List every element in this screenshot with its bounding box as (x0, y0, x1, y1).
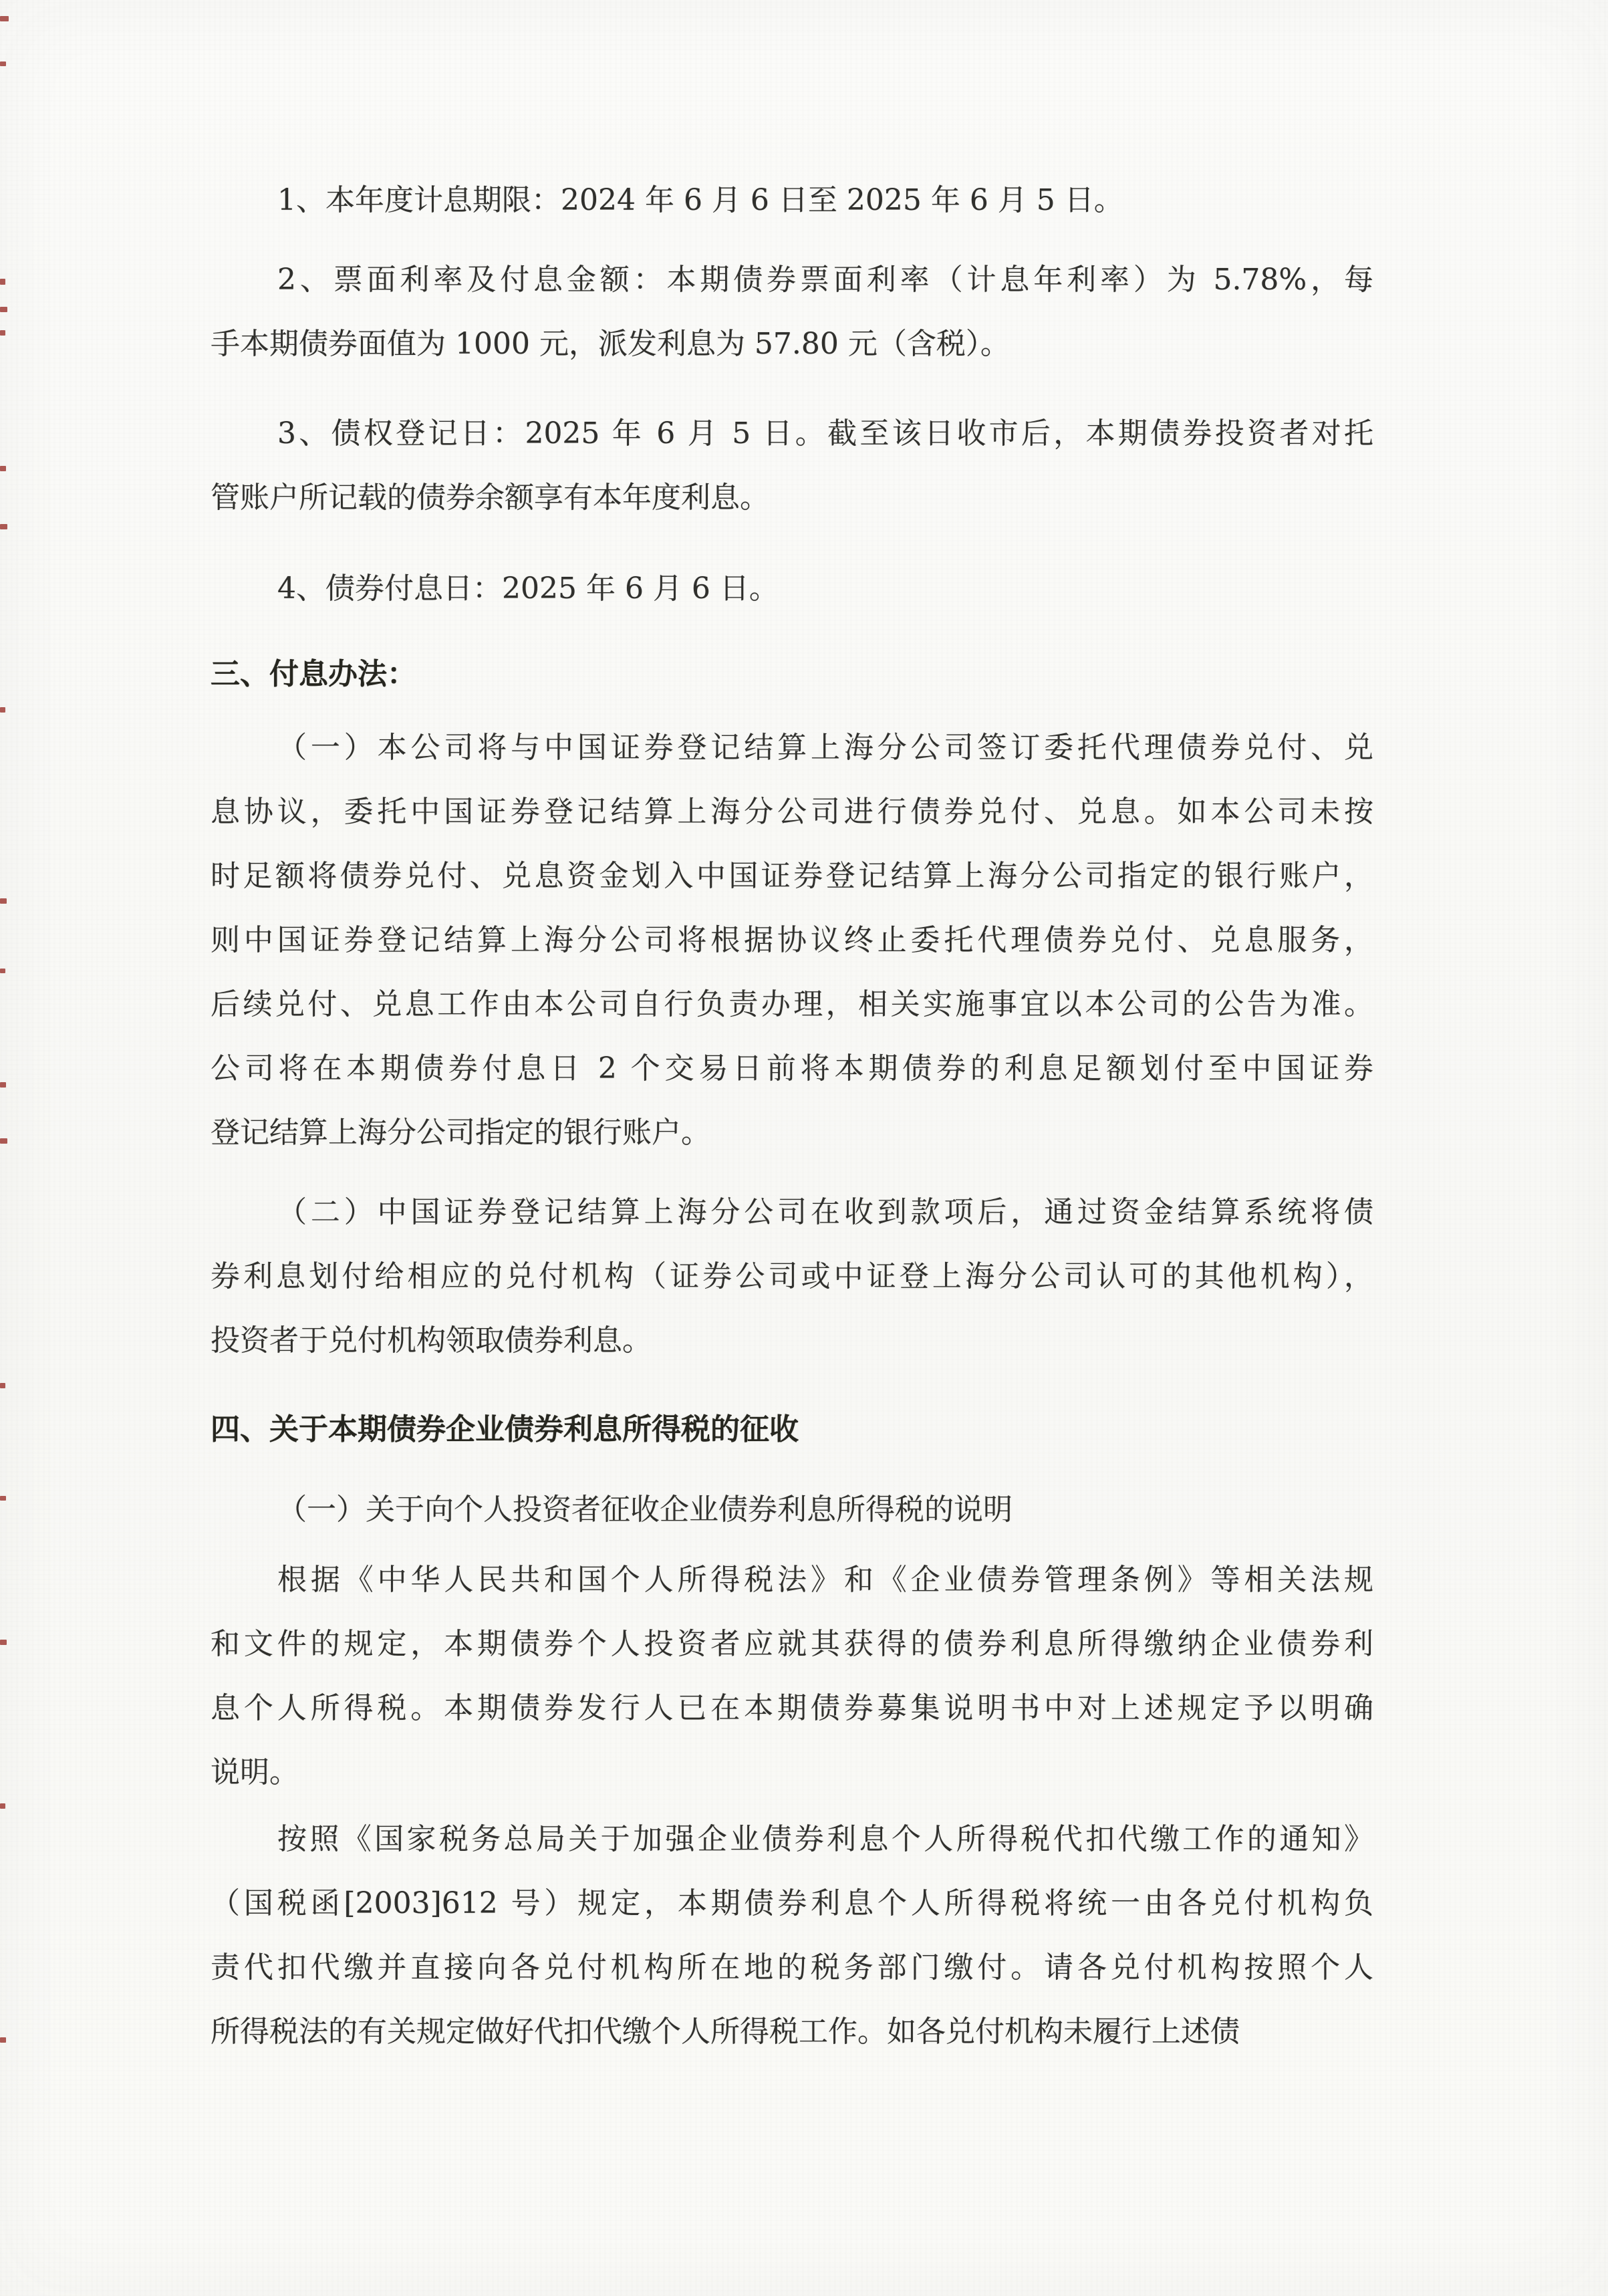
text-line: 管账户所记载的债券余额享有本年度利息。 (211, 466, 1373, 530)
paragraph: （一）本公司将与中国证券登记结算上海分公司签订委托代理债券兑付、兑息协议，委托中… (211, 716, 1373, 1165)
red-edge-mark (0, 16, 9, 21)
red-edge-mark (0, 307, 7, 312)
red-edge-mark (0, 969, 5, 973)
document-body: 1、本年度计息期限：2024 年 6 月 6 日至 2025 年 6 月 5 日… (211, 168, 1373, 2064)
red-edge-mark (0, 61, 6, 66)
text-line: 公司将在本期债券付息日 2 个交易日前将本期债券的利息足额划付至中国证券 (211, 1037, 1373, 1101)
text-line: 2、票面利率及付息金额：本期债券票面利率（计息年利率）为 5.78%，每 (211, 248, 1373, 312)
text-line: 3、债权登记日：2025 年 6 月 5 日。截至该日收市后，本期债券投资者对托 (211, 402, 1373, 466)
text-line: 登记结算上海分公司指定的银行账户。 (211, 1101, 1373, 1165)
text-line: 三、付息办法： (211, 642, 1373, 707)
paragraph: 2、票面利率及付息金额：本期债券票面利率（计息年利率）为 5.78%，每手本期债… (211, 248, 1373, 376)
section-heading: 四、关于本期债券企业债券利息所得税的征收 (211, 1398, 1373, 1462)
text-line: 手本期债券面值为 1000 元，派发利息为 57.80 元（含税）。 (211, 312, 1373, 376)
text-line: 责代扣代缴并直接向各兑付机构所在地的税务部门缴付。请各兑付机构按照个人 (211, 1936, 1373, 2000)
text-line: 和文件的规定，本期债券个人投资者应就其获得的债券利息所得缴纳企业债券利 (211, 1612, 1373, 1676)
text-line: 所得税法的有关规定做好代扣代缴个人所得税工作。如各兑付机构未履行上述债 (211, 2000, 1373, 2064)
paragraph: 根据《中华人民共和国个人所得税法》和《企业债券管理条例》等相关法规和文件的规定，… (211, 1548, 1373, 1805)
text-line: 息协议，委托中国证券登记结算上海分公司进行债券兑付、兑息。如本公司未按 (211, 780, 1373, 844)
red-edge-mark (0, 1496, 6, 1501)
paragraph: （二）中国证券登记结算上海分公司在收到款项后，通过资金结算系统将债券利息划付给相… (211, 1180, 1373, 1373)
red-edge-mark (0, 707, 5, 713)
scanned-document-page: 1、本年度计息期限：2024 年 6 月 6 日至 2025 年 6 月 5 日… (0, 0, 1608, 2296)
paragraph: 1、本年度计息期限：2024 年 6 月 6 日至 2025 年 6 月 5 日… (211, 168, 1373, 233)
text-line: 则中国证券登记结算上海分公司将根据协议终止委托代理债券兑付、兑息服务， (211, 908, 1373, 973)
text-line: 时足额将债券兑付、兑息资金划入中国证券登记结算上海分公司指定的银行账户， (211, 844, 1373, 908)
text-line: 后续兑付、兑息工作由本公司自行负责办理，相关实施事宜以本公司的公告为准。 (211, 973, 1373, 1037)
text-line: 说明。 (211, 1741, 1373, 1805)
red-edge-mark (0, 1803, 5, 1809)
section-heading: 三、付息办法： (211, 642, 1373, 707)
text-line: 1、本年度计息期限：2024 年 6 月 6 日至 2025 年 6 月 5 日… (211, 168, 1373, 233)
text-line: 按照《国家税务总局关于加强企业债券利息个人所得税代扣代缴工作的通知》 (211, 1807, 1373, 1872)
red-edge-mark (0, 330, 5, 336)
paragraph: （一）关于向个人投资者征收企业债券利息所得税的说明 (211, 1478, 1373, 1542)
red-edge-mark (0, 1640, 7, 1645)
red-edge-mark (0, 279, 5, 285)
text-line: 根据《中华人民共和国个人所得税法》和《企业债券管理条例》等相关法规 (211, 1548, 1373, 1612)
text-line: （国税函[2003]612 号）规定，本期债券利息个人所得税将统一由各兑付机构负 (211, 1872, 1373, 1936)
red-edge-mark (0, 898, 7, 904)
text-line: （一）关于向个人投资者征收企业债券利息所得税的说明 (211, 1478, 1373, 1542)
text-line: 券利息划付给相应的兑付机构（证券公司或中证登上海分公司认可的其他机构）， (211, 1245, 1373, 1309)
red-edge-mark (0, 1082, 6, 1088)
red-edge-mark (0, 1138, 7, 1144)
paragraph: 按照《国家税务总局关于加强企业债券利息个人所得税代扣代缴工作的通知》（国税函[2… (211, 1807, 1373, 2064)
red-edge-mark (0, 466, 6, 471)
text-line: 息个人所得税。本期债券发行人已在本期债券募集说明书中对上述规定予以明确 (211, 1676, 1373, 1741)
text-line: 四、关于本期债券企业债券利息所得税的征收 (211, 1398, 1373, 1462)
red-edge-mark (0, 2037, 6, 2043)
red-edge-mark (0, 524, 7, 529)
paragraph: 4、债券付息日：2025 年 6 月 6 日。 (211, 557, 1373, 621)
paragraph: 3、债权登记日：2025 年 6 月 5 日。截至该日收市后，本期债券投资者对托… (211, 402, 1373, 530)
text-line: （二）中国证券登记结算上海分公司在收到款项后，通过资金结算系统将债 (211, 1180, 1373, 1245)
text-line: 4、债券付息日：2025 年 6 月 6 日。 (211, 557, 1373, 621)
red-edge-mark (0, 1383, 5, 1388)
text-line: （一）本公司将与中国证券登记结算上海分公司签订委托代理债券兑付、兑 (211, 716, 1373, 780)
text-line: 投资者于兑付机构领取债券利息。 (211, 1309, 1373, 1373)
